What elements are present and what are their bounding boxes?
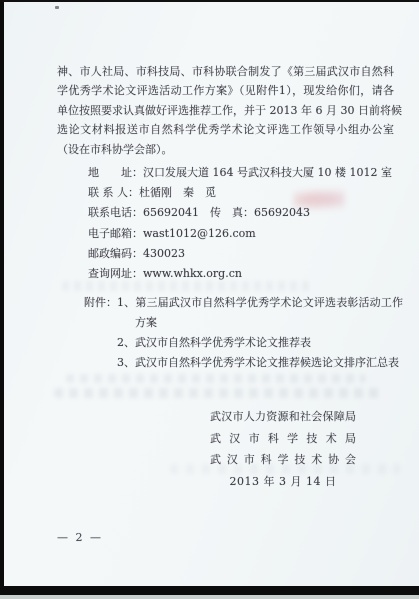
scan-speck [55, 6, 59, 9]
contact-value: 430023 [143, 244, 185, 264]
issuing-authority: 武汉市人力资源和社会保障局 [210, 406, 356, 428]
contact-label: 邮政编码： [88, 244, 143, 264]
attachments-label: 附件： [84, 293, 117, 313]
body-line: 神、市人社局、市科技局、市科协联合制发了《第三届武汉市自然科 [57, 62, 394, 81]
contact-row-website: 查询网址：www.whkx.org.cn [88, 264, 392, 284]
contact-label: 电子邮箱： [88, 224, 143, 244]
scan-edge-left [0, 0, 4, 599]
text-bleed-through [54, 388, 384, 398]
attachment-item: 3、武汉市自然科学优秀学术论文推荐候选论文排序汇总表 [117, 353, 403, 373]
attachment-item: 2、武汉市自然科学优秀学术论文推荐表 [117, 333, 403, 353]
contact-info-block: 地 址：汉口发展大道 164 号武汉科技大厦 10 楼 1012 室 联 系 人… [88, 163, 392, 284]
scanned-document-page: 神、市人社局、市科技局、市科协联合制发了《第三届武汉市自然科 学优秀学术论文评选… [0, 0, 419, 599]
contact-value: www.whkx.org.cn [143, 264, 242, 284]
contact-value: 65692041 传 真：65692043 [143, 203, 310, 223]
contact-value: 杜循刚 秦 觅 [139, 183, 216, 203]
scan-tray-strip [0, 595, 419, 599]
body-line: （设在市科协学会部）。 [57, 140, 394, 159]
contact-label: 地 址： [88, 163, 143, 183]
attachments-list: 1、第三届武汉市自然科学优秀学术论文评选表彰活动工作方案 2、武汉市自然科学优秀… [117, 293, 403, 373]
body-line: 单位按照要求认真做好评选推荐工作，并于 2013 年 6 月 30 日前将候 [57, 101, 394, 120]
contact-value: 汉口发展大道 164 号武汉科技大厦 10 楼 1012 室 [143, 163, 392, 183]
contact-row-postcode: 邮政编码：430023 [88, 244, 392, 264]
body-paragraph: 神、市人社局、市科技局、市科协联合制发了《第三届武汉市自然科 学优秀学术论文评选… [57, 62, 394, 159]
text-bleed-through [66, 374, 366, 383]
issuing-authority: 武汉市科学技术局 [210, 428, 356, 450]
contact-label: 联系电话： [88, 203, 143, 223]
contact-label: 查询网址： [88, 264, 143, 284]
scan-edge-bottom [0, 586, 419, 595]
contact-row-email: 电子邮箱：wast1012@126.com [88, 224, 392, 244]
contact-row-address: 地 址：汉口发展大道 164 号武汉科技大厦 10 楼 1012 室 [88, 163, 392, 183]
body-line: 学优秀学术论文评选活动工作方案》（见附件1），现发给你们，请各 [57, 81, 394, 100]
page-number: — 2 — [57, 531, 103, 544]
scan-edge-top [0, 0, 419, 2]
contact-value: wast1012@126.com [143, 224, 256, 244]
issuing-authority: 武汉市科学技术协会 [210, 449, 356, 471]
contact-label: 联 系 人： [88, 183, 139, 203]
contact-row-phone-fax: 联系电话：65692041 传 真：65692043 [88, 203, 392, 223]
attachment-item: 1、第三届武汉市自然科学优秀学术论文评选表彰活动工作方案 [117, 293, 403, 333]
attachments-block: 附件： 1、第三届武汉市自然科学优秀学术论文评选表彰活动工作方案 2、武汉市自然… [84, 293, 403, 373]
body-line: 选论文材料报送市自然科学优秀学术论文评选工作领导小组办公室 [57, 120, 394, 139]
document-date: 2013 年 3 月 14 日 [210, 471, 356, 492]
signature-block: 武汉市人力资源和社会保障局 武汉市科学技术局 武汉市科学技术协会 2013 年 … [210, 406, 356, 492]
contact-row-person: 联 系 人：杜循刚 秦 觅 [88, 183, 392, 203]
